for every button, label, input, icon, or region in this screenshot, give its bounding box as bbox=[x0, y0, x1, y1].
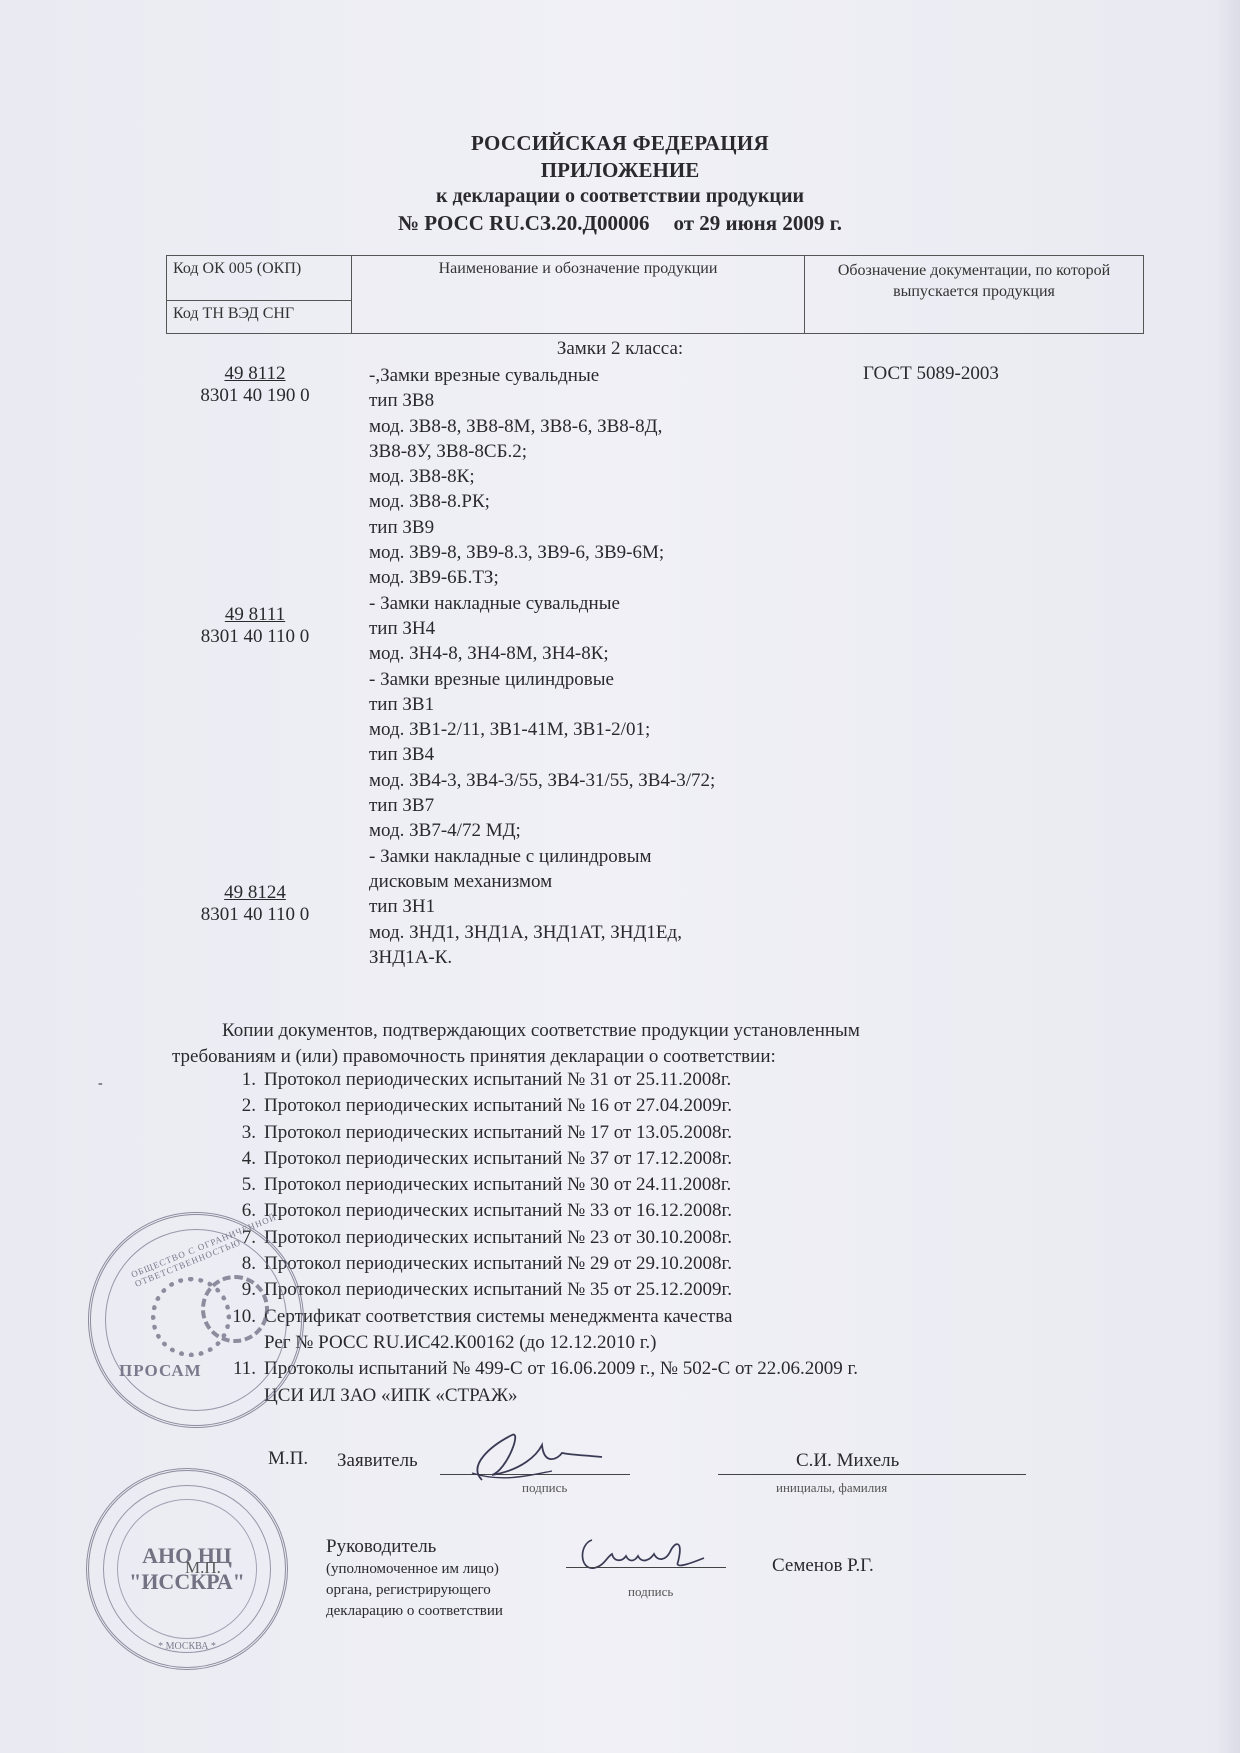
scan-edge bbox=[1218, 0, 1240, 1753]
document-text: Рег № РОСС RU.ИС42.К00162 (до 12.12.2010… bbox=[264, 1332, 656, 1353]
product-line: ЗНД1А-К. bbox=[369, 945, 715, 970]
signature-caption: подпись bbox=[628, 1584, 673, 1600]
document-text: Протокол периодических испытаний № 31 от… bbox=[264, 1069, 731, 1090]
documents-list: 1.Протокол периодических испытаний № 31 … bbox=[218, 1067, 858, 1409]
document-number: 1. bbox=[218, 1067, 264, 1093]
document-text: Протокол периодических испытаний № 29 от… bbox=[264, 1253, 732, 1274]
product-line: тип ЗН1 bbox=[369, 894, 715, 919]
document-item: 7.Протокол периодических испытаний № 23 … bbox=[218, 1225, 858, 1251]
document-item: 8.Протокол периодических испытаний № 29 … bbox=[218, 1251, 858, 1277]
country-title: РОССИЙСКАЯ ФЕДЕРАЦИЯ bbox=[0, 131, 1240, 156]
document-text: ЦСИ ИЛ ЗАО «ИПК «СТРАЖ» bbox=[264, 1385, 518, 1406]
document-text: Сертификат соответствия системы менеджме… bbox=[264, 1306, 732, 1327]
col-docs-header: Обозначение документации, по которой вып… bbox=[805, 256, 1144, 334]
header-table: Код ОК 005 (ОКП) Наименование и обозначе… bbox=[166, 255, 1144, 334]
document-item: 4.Протокол периодических испытаний № 37 … bbox=[218, 1146, 858, 1172]
product-line: тип ЗВ9 bbox=[369, 515, 715, 540]
product-line: мод. ЗНД1, ЗНД1А, ЗНД1АТ, ЗНД1Ед, bbox=[369, 920, 715, 945]
section-title: Замки 2 класса: bbox=[0, 338, 1240, 360]
document-text: Протоколы испытаний № 499-С от 16.06.200… bbox=[264, 1358, 858, 1379]
document-item: 3.Протокол периодических испытаний № 17 … bbox=[218, 1120, 858, 1146]
col-product-header: Наименование и обозначение продукции bbox=[352, 256, 805, 334]
okp-code: 49 8124 bbox=[180, 882, 330, 904]
document-item: 1.Протокол периодических испытаний № 31 … bbox=[218, 1067, 858, 1093]
product-line: тип ЗВ8 bbox=[369, 388, 715, 413]
product-line: мод. ЗВ8-8, ЗВ8-8М, ЗВ8-6, ЗВ8-8Д, bbox=[369, 414, 715, 439]
head-sub-3: декларацию о соответствии bbox=[326, 1601, 503, 1622]
product-line: тип ЗВ1 bbox=[369, 692, 715, 717]
applicant-label: Заявитель bbox=[337, 1450, 418, 1472]
head-sub-1: (уполномоченное им лицо) bbox=[326, 1559, 503, 1580]
product-line: - Замки накладные с цилиндровым bbox=[369, 844, 715, 869]
col-tnved-header: Код ТН ВЭД СНГ bbox=[167, 301, 352, 334]
gost-standard: ГОСТ 5089-2003 bbox=[863, 363, 999, 385]
declaration-number-line: № РОСС RU.СЗ.20.Д00006от 29 июня 2009 г. bbox=[0, 211, 1240, 236]
document-number: 2. bbox=[218, 1093, 264, 1119]
okp-code: 49 8111 bbox=[180, 604, 330, 626]
head-sub-2: органа, регистрирующего bbox=[326, 1580, 503, 1601]
document-item: 2.Протокол периодических испытаний № 16 … bbox=[218, 1093, 858, 1119]
document-item: 6.Протокол периодических испытаний № 33 … bbox=[218, 1198, 858, 1224]
product-line: тип ЗВ4 bbox=[369, 742, 715, 767]
document-number: 3. bbox=[218, 1120, 264, 1146]
product-line: тип ЗН4 bbox=[369, 616, 715, 641]
product-line: тип ЗВ7 bbox=[369, 793, 715, 818]
document-page: РОССИЙСКАЯ ФЕДЕРАЦИЯ ПРИЛОЖЕНИЕ к деклар… bbox=[0, 0, 1240, 1753]
code-group: 49 8111 8301 40 110 0 bbox=[180, 604, 330, 648]
documents-intro: Копии документов, подтверждающих соответ… bbox=[172, 1018, 1072, 1070]
document-item: ЦСИ ИЛ ЗАО «ИПК «СТРАЖ» bbox=[218, 1383, 858, 1409]
document-text: Протокол периодических испытаний № 16 от… bbox=[264, 1095, 732, 1116]
product-line: мод. ЗН4-8, ЗН4-8М, ЗН4-8К; bbox=[369, 641, 715, 666]
head-label: Руководитель bbox=[326, 1536, 436, 1557]
head-label-block: Руководитель (уполномоченное им лицо) ор… bbox=[326, 1535, 503, 1622]
document-number: 5. bbox=[218, 1172, 264, 1198]
document-text: Протокол периодических испытаний № 30 от… bbox=[264, 1174, 731, 1195]
head-signature-icon bbox=[574, 1532, 724, 1577]
documents-intro-line: Копии документов, подтверждающих соответ… bbox=[172, 1018, 1072, 1044]
product-line: дисковым механизмом bbox=[369, 869, 715, 894]
product-line: мод. ЗВ9-6Б.ТЗ; bbox=[369, 565, 715, 590]
product-line: мод. ЗВ8-8К; bbox=[369, 464, 715, 489]
document-text: Протокол периодических испытаний № 33 от… bbox=[264, 1200, 732, 1221]
document-item: 5.Протокол периодических испытаний № 30 … bbox=[218, 1172, 858, 1198]
applicant-name: С.И. Михель bbox=[796, 1450, 899, 1472]
code-group: 49 8124 8301 40 110 0 bbox=[180, 882, 330, 926]
tnved-code: 8301 40 110 0 bbox=[180, 904, 330, 926]
declaration-number: № РОСС RU.СЗ.20.Д00006 bbox=[398, 211, 650, 235]
cert-stamp-city: * МОСКВА * bbox=[89, 1641, 285, 1652]
document-text: Протокол периодических испытаний № 35 от… bbox=[264, 1279, 732, 1300]
product-list: -,Замки врезные сувальдныетип ЗВ8мод. ЗВ… bbox=[369, 363, 715, 970]
name-line bbox=[718, 1474, 1026, 1475]
tnved-code: 8301 40 110 0 bbox=[180, 626, 330, 648]
seal-place-label: М.П. bbox=[268, 1448, 308, 1470]
company-stamp: ОБЩЕСТВО С ОГРАНИЧЕННОЙ ОТВЕТСТВЕННОСТЬЮ… bbox=[88, 1212, 304, 1428]
document-text: Протокол периодических испытаний № 37 от… bbox=[264, 1148, 732, 1169]
code-group: 49 8112 8301 40 190 0 bbox=[180, 363, 330, 407]
col-okp-header: Код ОК 005 (ОКП) bbox=[167, 256, 352, 301]
declaration-date: от 29 июня 2009 г. bbox=[673, 211, 842, 235]
scan-mark: - bbox=[98, 1076, 103, 1092]
company-stamp-name: ПРОСАМ bbox=[119, 1361, 202, 1381]
spiral-logo-icon bbox=[201, 1275, 269, 1343]
product-line: мод. ЗВ1-2/11, ЗВ1-41М, ЗВ1-2/01; bbox=[369, 717, 715, 742]
document-text: Протокол периодических испытаний № 23 от… bbox=[264, 1227, 732, 1248]
product-line: - Замки накладные сувальдные bbox=[369, 591, 715, 616]
document-text: Протокол периодических испытаний № 17 от… bbox=[264, 1122, 732, 1143]
product-line: ЗВ8-8У, ЗВ8-8СБ.2; bbox=[369, 439, 715, 464]
product-line: - Замки врезные цилиндровые bbox=[369, 667, 715, 692]
document-item: Рег № РОСС RU.ИС42.К00162 (до 12.12.2010… bbox=[218, 1330, 858, 1356]
document-item: 11.Протоколы испытаний № 499-С от 16.06.… bbox=[218, 1356, 858, 1382]
document-number: 4. bbox=[218, 1146, 264, 1172]
product-line: мод. ЗВ4-3, ЗВ4-3/55, ЗВ4-31/55, ЗВ4-3/7… bbox=[369, 768, 715, 793]
appendix-subtitle: к декларации о соответствии продукции bbox=[0, 185, 1240, 208]
name-caption: инициалы, фамилия bbox=[776, 1480, 887, 1496]
appendix-title: ПРИЛОЖЕНИЕ bbox=[0, 158, 1240, 183]
document-item: 10.Сертификат соответствия системы менед… bbox=[218, 1304, 858, 1330]
product-line: -,Замки врезные сувальдные bbox=[369, 363, 715, 388]
signature-line bbox=[566, 1567, 726, 1568]
product-line: мод. ЗВ9-8, ЗВ9-8.3, ЗВ9-6, ЗВ9-6М; bbox=[369, 540, 715, 565]
seal-place-label: М.П. bbox=[185, 1558, 221, 1578]
head-name: Семенов Р.Г. bbox=[772, 1555, 874, 1577]
document-item: 9.Протокол периодических испытаний № 35 … bbox=[218, 1277, 858, 1303]
applicant-signature-icon bbox=[462, 1425, 612, 1485]
okp-code: 49 8112 bbox=[180, 363, 330, 385]
product-line: мод. ЗВ7-4/72 МД; bbox=[369, 818, 715, 843]
tnved-code: 8301 40 190 0 bbox=[180, 385, 330, 407]
product-line: мод. ЗВ8-8.РК; bbox=[369, 489, 715, 514]
